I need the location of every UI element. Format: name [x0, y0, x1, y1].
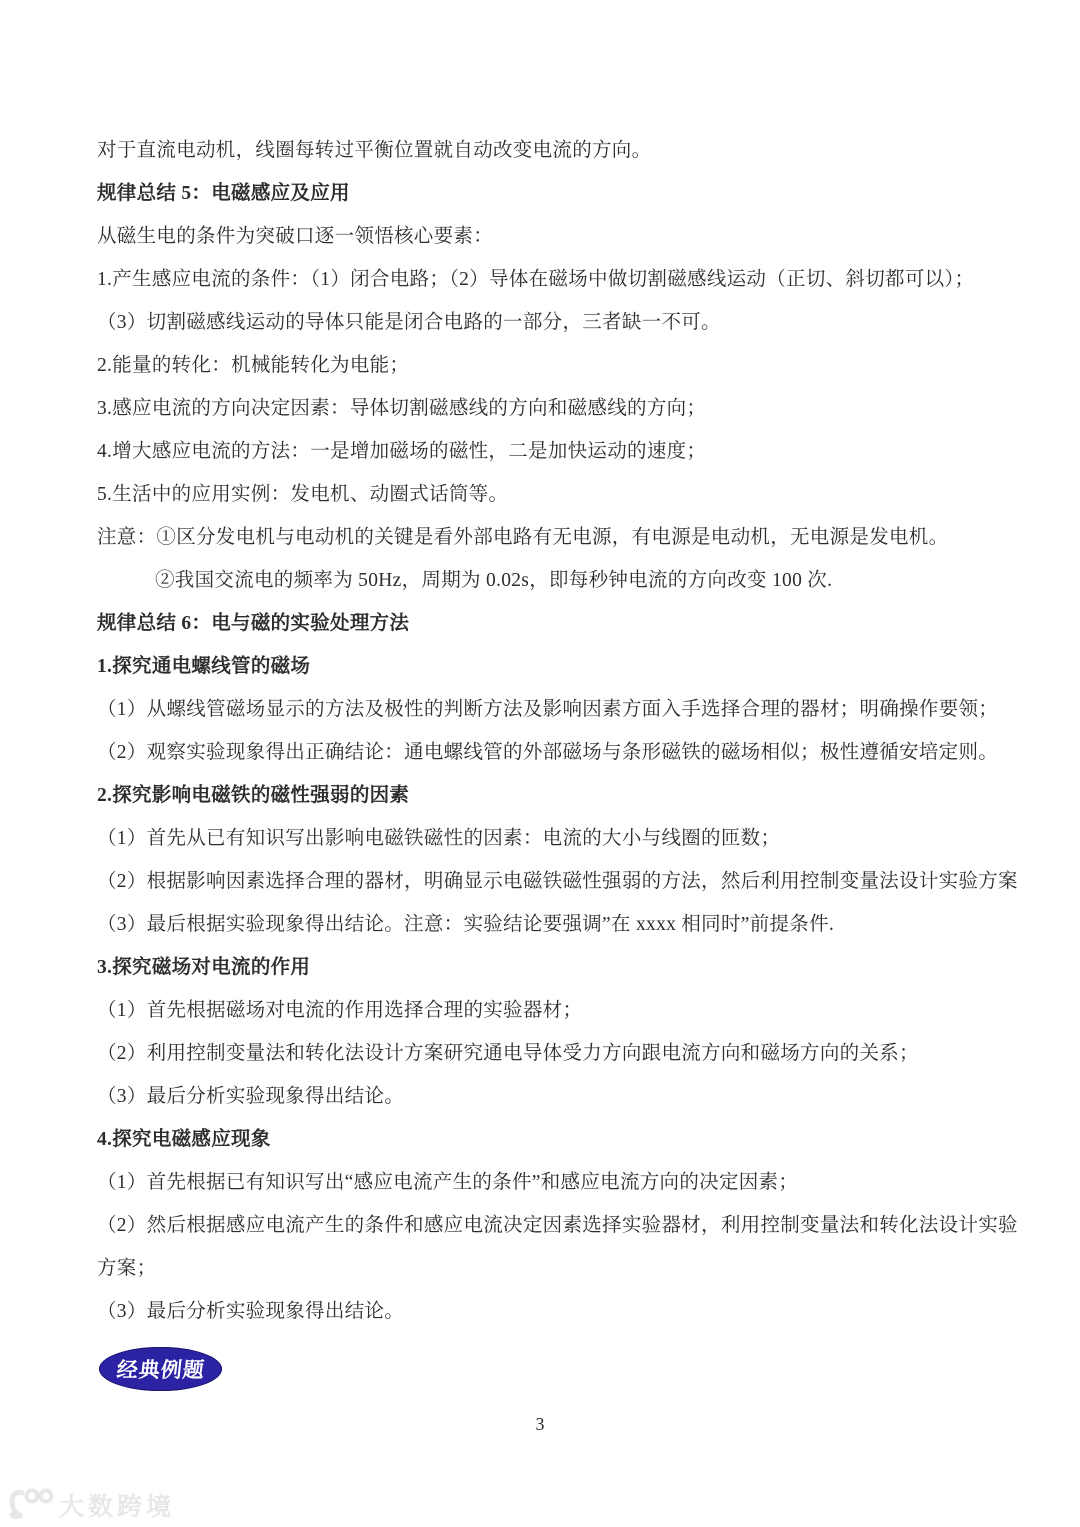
classic-examples-badge: 经典例题	[99, 1347, 222, 1391]
text-line: 2.能量的转化：机械能转化为电能；	[97, 344, 1002, 387]
text-line: 从磁生电的条件为突破口逐一领悟核心要素：	[97, 215, 1002, 258]
text-line: 4.增大感应电流的方法：一是增加磁场的磁性，二是加快运动的速度；	[97, 430, 1002, 473]
document-page: 对于直流电动机，线圈每转过平衡位置就自动改变电流的方向。规律总结 5：电磁感应及…	[0, 0, 1080, 1527]
document-body: 对于直流电动机，线圈每转过平衡位置就自动改变电流的方向。规律总结 5：电磁感应及…	[97, 129, 1002, 1333]
text-line: ②我国交流电的频率为 50Hz，周期为 0.02s，即每秒钟电流的方向改变 10…	[97, 559, 1002, 602]
text-line: 4.探究电磁感应现象	[97, 1118, 1002, 1161]
watermark-logo-icon	[8, 1487, 54, 1523]
text-line: （1）首先根据磁场对电流的作用选择合理的实验器材；	[97, 989, 1002, 1032]
text-line: 3.感应电流的方向决定因素：导体切割磁感线的方向和磁感线的方向；	[97, 387, 1002, 430]
watermark-text: 大数跨境	[59, 1487, 175, 1523]
text-line: （3）最后分析实验现象得出结论。	[97, 1075, 1002, 1118]
text-line: 规律总结 6：电与磁的实验处理方法	[97, 602, 1002, 645]
text-line: （2）观察实验现象得出正确结论：通电螺线管的外部磁场与条形磁铁的磁场相似；极性遵…	[97, 731, 1002, 774]
text-line: 1.探究通电螺线管的磁场	[97, 645, 1002, 688]
text-line: 1.产生感应电流的条件：（1）闭合电路；（2）导体在磁场中做切割磁感线运动（正切…	[97, 258, 1002, 301]
text-line: （3）切割磁感线运动的导体只能是闭合电路的一部分，三者缺一不可。	[97, 301, 1002, 344]
text-line: （3）最后根据实验现象得出结论。注意：实验结论要强调”在 xxxx 相同时”前提…	[97, 903, 1002, 946]
text-line: （1）从螺线管磁场显示的方法及极性的判断方法及影响因素方面入手选择合理的器材；明…	[97, 688, 1002, 731]
text-line: 5.生活中的应用实例：发电机、动圈式话筒等。	[97, 473, 1002, 516]
page-number: 3	[0, 1412, 1080, 1436]
text-line: 方案；	[97, 1247, 1002, 1290]
text-line: 注意：①区分发电机与电动机的关键是看外部电路有无电源，有电源是电动机，无电源是发…	[97, 516, 1002, 559]
text-line: （2）利用控制变量法和转化法设计方案研究通电导体受力方向跟电流方向和磁场方向的关…	[97, 1032, 1002, 1075]
text-line: 3.探究磁场对电流的作用	[97, 946, 1002, 989]
watermark: 大数跨境	[8, 1487, 175, 1523]
text-line: 2.探究影响电磁铁的磁性强弱的因素	[97, 774, 1002, 817]
classic-examples-badge-label: 经典例题	[115, 1354, 206, 1384]
text-line: （2）根据影响因素选择合理的器材，明确显示电磁铁磁性强弱的方法，然后利用控制变量…	[97, 860, 1002, 903]
text-line: （3）最后分析实验现象得出结论。	[97, 1290, 1002, 1333]
text-line: （1）首先根据已有知识写出“感应电流产生的条件”和感应电流方向的决定因素；	[97, 1161, 1002, 1204]
text-line: （1）首先从已有知识写出影响电磁铁磁性的因素：电流的大小与线圈的匝数；	[97, 817, 1002, 860]
text-line: （2）然后根据感应电流产生的条件和感应电流决定因素选择实验器材，利用控制变量法和…	[97, 1204, 1002, 1247]
text-line: 规律总结 5：电磁感应及应用	[97, 172, 1002, 215]
text-line: 对于直流电动机，线圈每转过平衡位置就自动改变电流的方向。	[97, 129, 1002, 172]
